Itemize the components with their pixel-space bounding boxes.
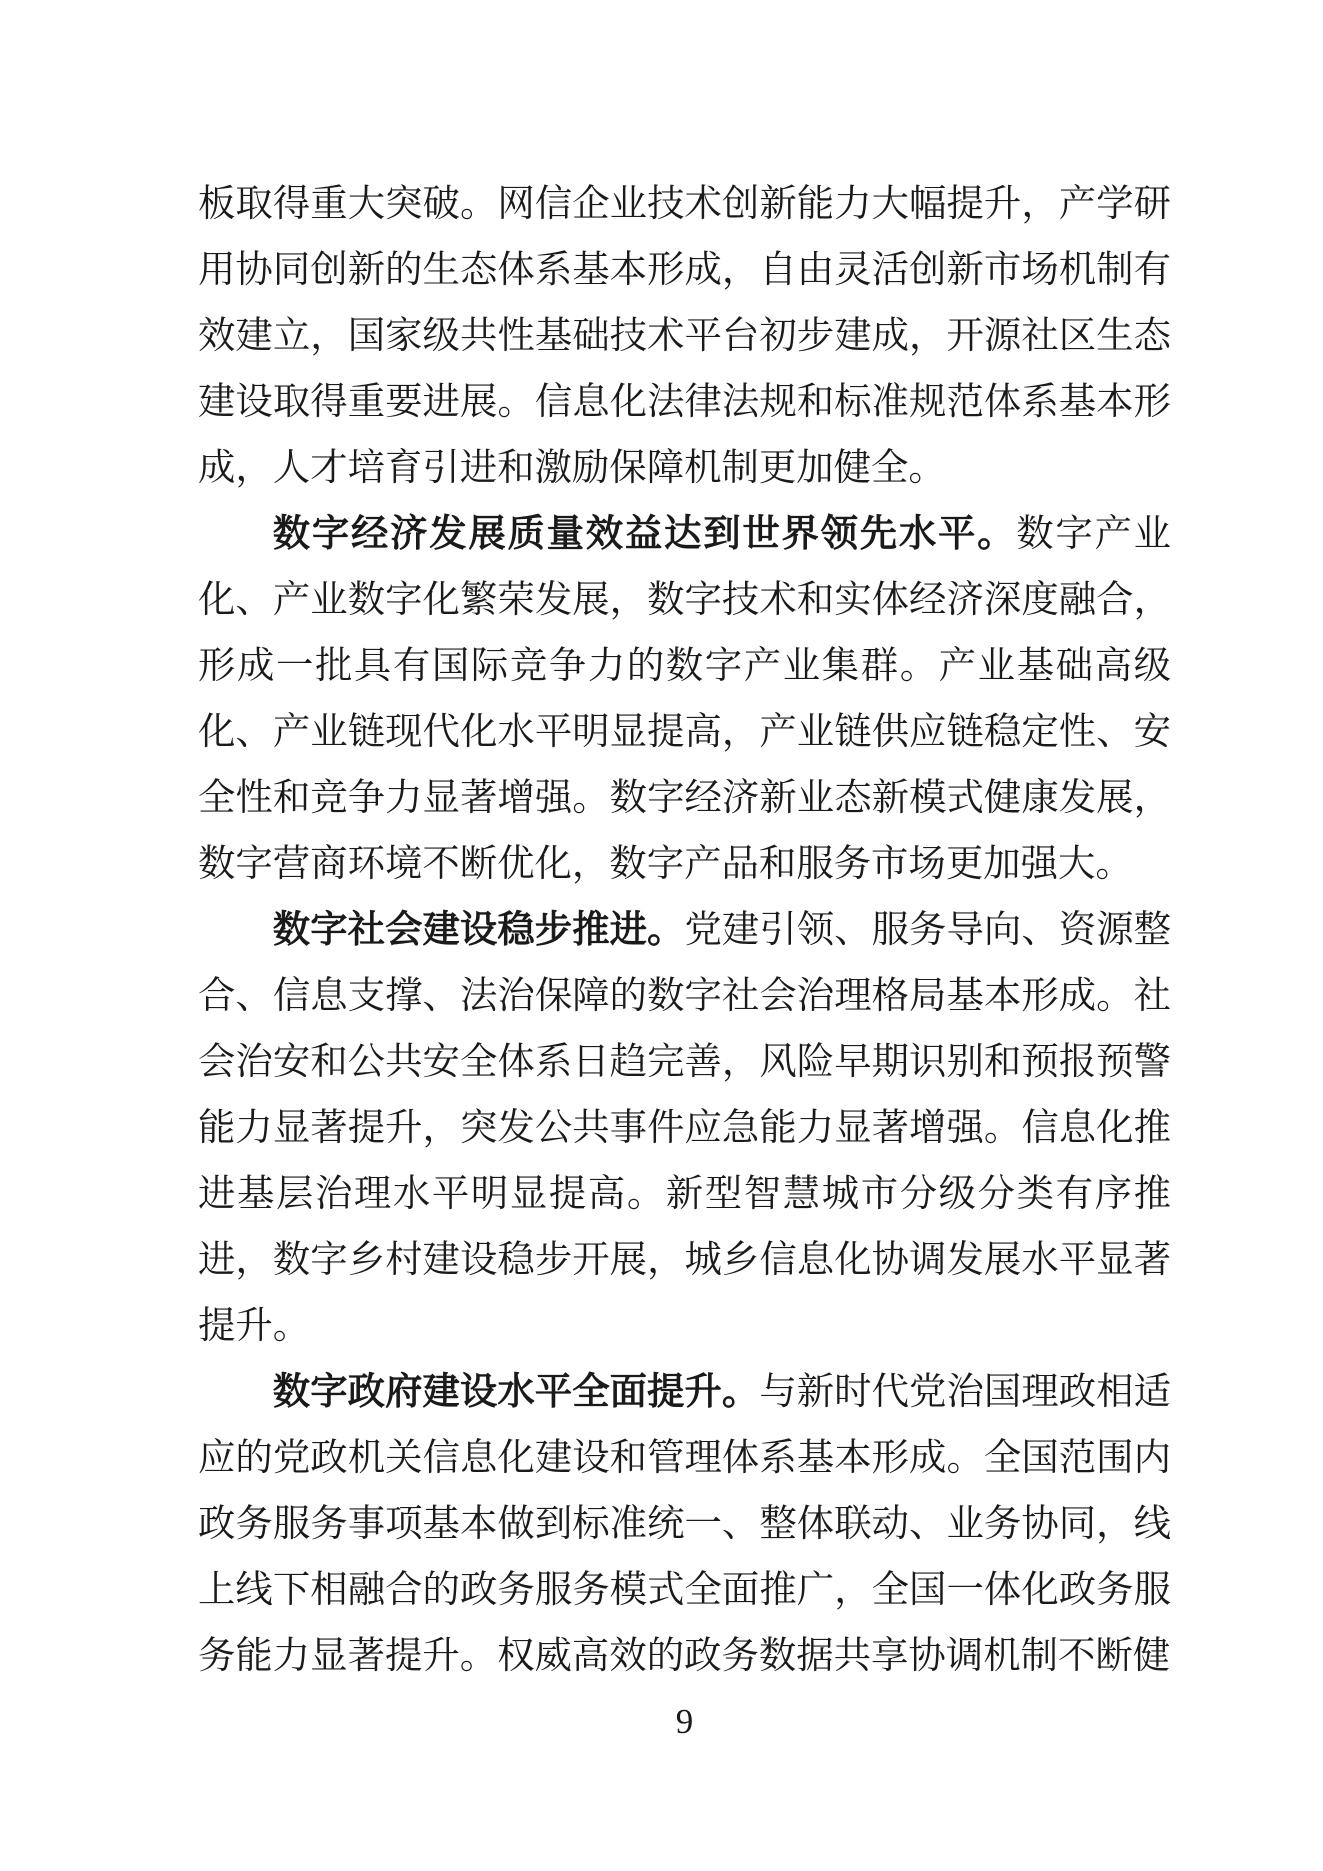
- document-page: 板取得重大突破。网信企业技术创新能力大幅提升，产学研用协同创新的生态体系基本形成…: [0, 0, 1323, 1871]
- paragraph-text: 党建引领、服务导向、资源整合、信息支撑、法治保障的数字社会治理格局基本形成。社会…: [198, 910, 1171, 1347]
- paragraph-lead: 数字经济发展质量效益达到世界领先水平。: [273, 514, 1016, 555]
- paragraph-lead: 数字社会建设稳步推进。: [273, 910, 685, 951]
- paragraph-text: 与新时代党治国理政相适应的党政机关信息化建设和管理体系基本形成。全国范围内政务服…: [198, 1372, 1171, 1677]
- body-text: 板取得重大突破。网信企业技术创新能力大幅提升，产学研用协同创新的生态体系基本形成…: [198, 172, 1171, 1690]
- paragraph-lead: 数字政府建设水平全面提升。: [273, 1372, 760, 1413]
- paragraph: 数字政府建设水平全面提升。与新时代党治国理政相适应的党政机关信息化建设和管理体系…: [198, 1360, 1171, 1690]
- paragraph: 板取得重大突破。网信企业技术创新能力大幅提升，产学研用协同创新的生态体系基本形成…: [198, 172, 1171, 502]
- paragraph-text: 板取得重大突破。网信企业技术创新能力大幅提升，产学研用协同创新的生态体系基本形成…: [198, 184, 1171, 489]
- paragraph: 数字社会建设稳步推进。党建引领、服务导向、资源整合、信息支撑、法治保障的数字社会…: [198, 898, 1171, 1360]
- page-number: 9: [198, 1700, 1171, 1744]
- paragraph: 数字经济发展质量效益达到世界领先水平。数字产业化、产业数字化繁荣发展，数字技术和…: [198, 502, 1171, 898]
- paragraph-text: 数字产业化、产业数字化繁荣发展，数字技术和实体经济深度融合，形成一批具有国际竞争…: [198, 514, 1171, 885]
